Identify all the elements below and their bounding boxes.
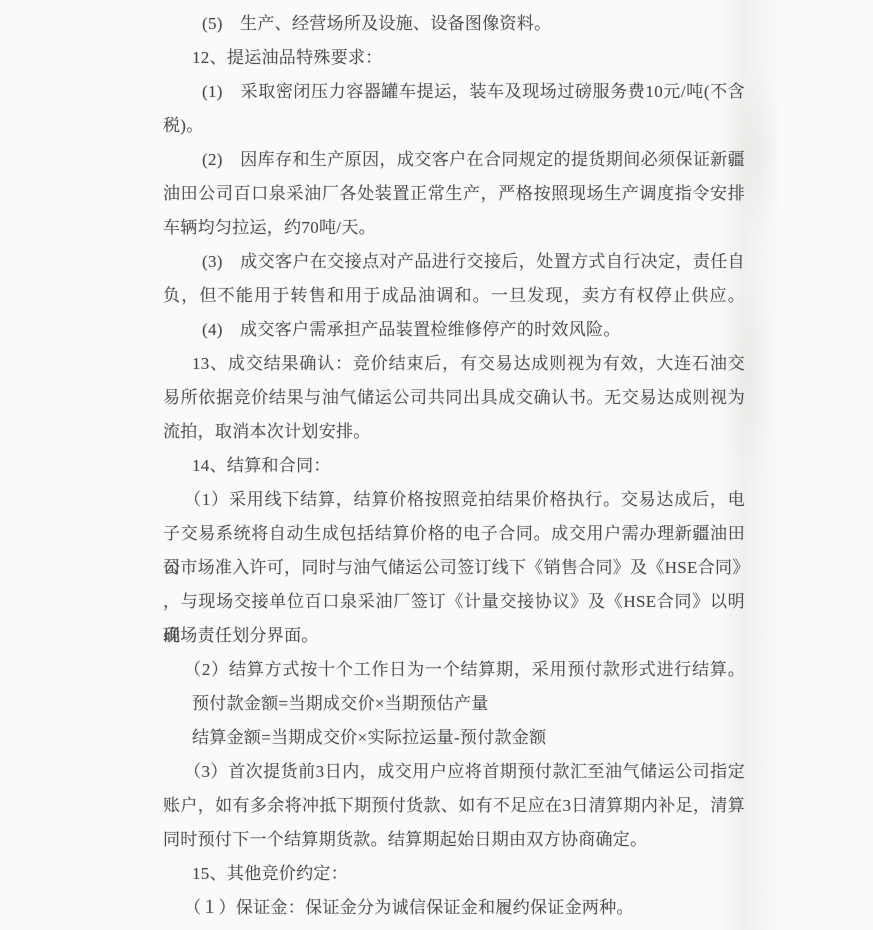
document-body: (5) 生产、经营场所及设施、设备图像资料。12、提运油品特殊要求：(1) 采取… — [163, 7, 745, 925]
text-line: 预付款金额=当期成交价×当期预估产量 — [163, 687, 745, 721]
text-line: 同时预付下一个结算期货款。结算期起始日期由双方协商确定。 — [163, 823, 745, 857]
text-line: 易所依据竞价结果与油气储运公司共同出具成交确认书。无交易达成则视为 — [163, 381, 745, 415]
text-line: 账户，如有多余将冲抵下期预付货款、如有不足应在3日清算期内补足，清算 — [163, 789, 745, 823]
text-line: 12、提运油品特殊要求： — [163, 41, 745, 75]
text-line: ，与现场交接单位百口泉采油厂签订《计量交接协议》及《HSE合同》以明确 — [163, 585, 745, 619]
text-line: 负，但不能用于转售和用于成品油调和。一旦发现，卖方有权停止供应。 — [163, 279, 745, 313]
text-line: 司市场准入许可，同时与油气储运公司签订线下《销售合同》及《HSE合同》 — [163, 551, 745, 585]
text-line: 结算金额=当期成交价×实际拉运量-预付款金额 — [163, 721, 745, 755]
text-line: （2）结算方式按十个工作日为一个结算期，采用预付款形式进行结算。 — [163, 653, 745, 687]
document-page: (5) 生产、经营场所及设施、设备图像资料。12、提运油品特殊要求：(1) 采取… — [0, 0, 873, 930]
text-line: 14、结算和合同： — [163, 449, 745, 483]
text-line: 子交易系统将自动生成包括结算价格的电子合同。成交用户需办理新疆油田公 — [163, 517, 745, 551]
text-line: 流拍，取消本次计划安排。 — [163, 415, 745, 449]
text-line: 现场责任划分界面。 — [163, 619, 745, 653]
text-line: 油田公司百口泉采油厂各处装置正常生产，严格按照现场生产调度指令安排 — [163, 177, 745, 211]
text-line: (4) 成交客户需承担产品装置检维修停产的时效风险。 — [163, 313, 745, 347]
text-line: （3）首次提货前3日内，成交用户应将首期预付款汇至油气储运公司指定 — [163, 755, 745, 789]
text-line: （１）保证金：保证金分为诚信保证金和履约保证金两种。 — [163, 891, 745, 925]
text-line: (5) 生产、经营场所及设施、设备图像资料。 — [163, 7, 745, 41]
text-line: (1) 采取密闭压力容器罐车提运，装车及现场过磅服务费10元/吨(不含 — [163, 75, 745, 109]
text-line: （1）采用线下结算，结算价格按照竞拍结果价格执行。交易达成后，电 — [163, 483, 745, 517]
text-line: (2) 因库存和生产原因，成交客户在合同规定的提货期间必须保证新疆 — [163, 143, 745, 177]
text-line: 税)。 — [163, 109, 745, 143]
text-line: 15、其他竞价约定： — [163, 857, 745, 891]
text-line: (3) 成交客户在交接点对产品进行交接后，处置方式自行决定，责任自 — [163, 245, 745, 279]
text-line: 车辆均匀拉运，约70吨/天。 — [163, 211, 745, 245]
text-line: 13、成交结果确认：竞价结束后，有交易达成则视为有效，大连石油交 — [163, 347, 745, 381]
